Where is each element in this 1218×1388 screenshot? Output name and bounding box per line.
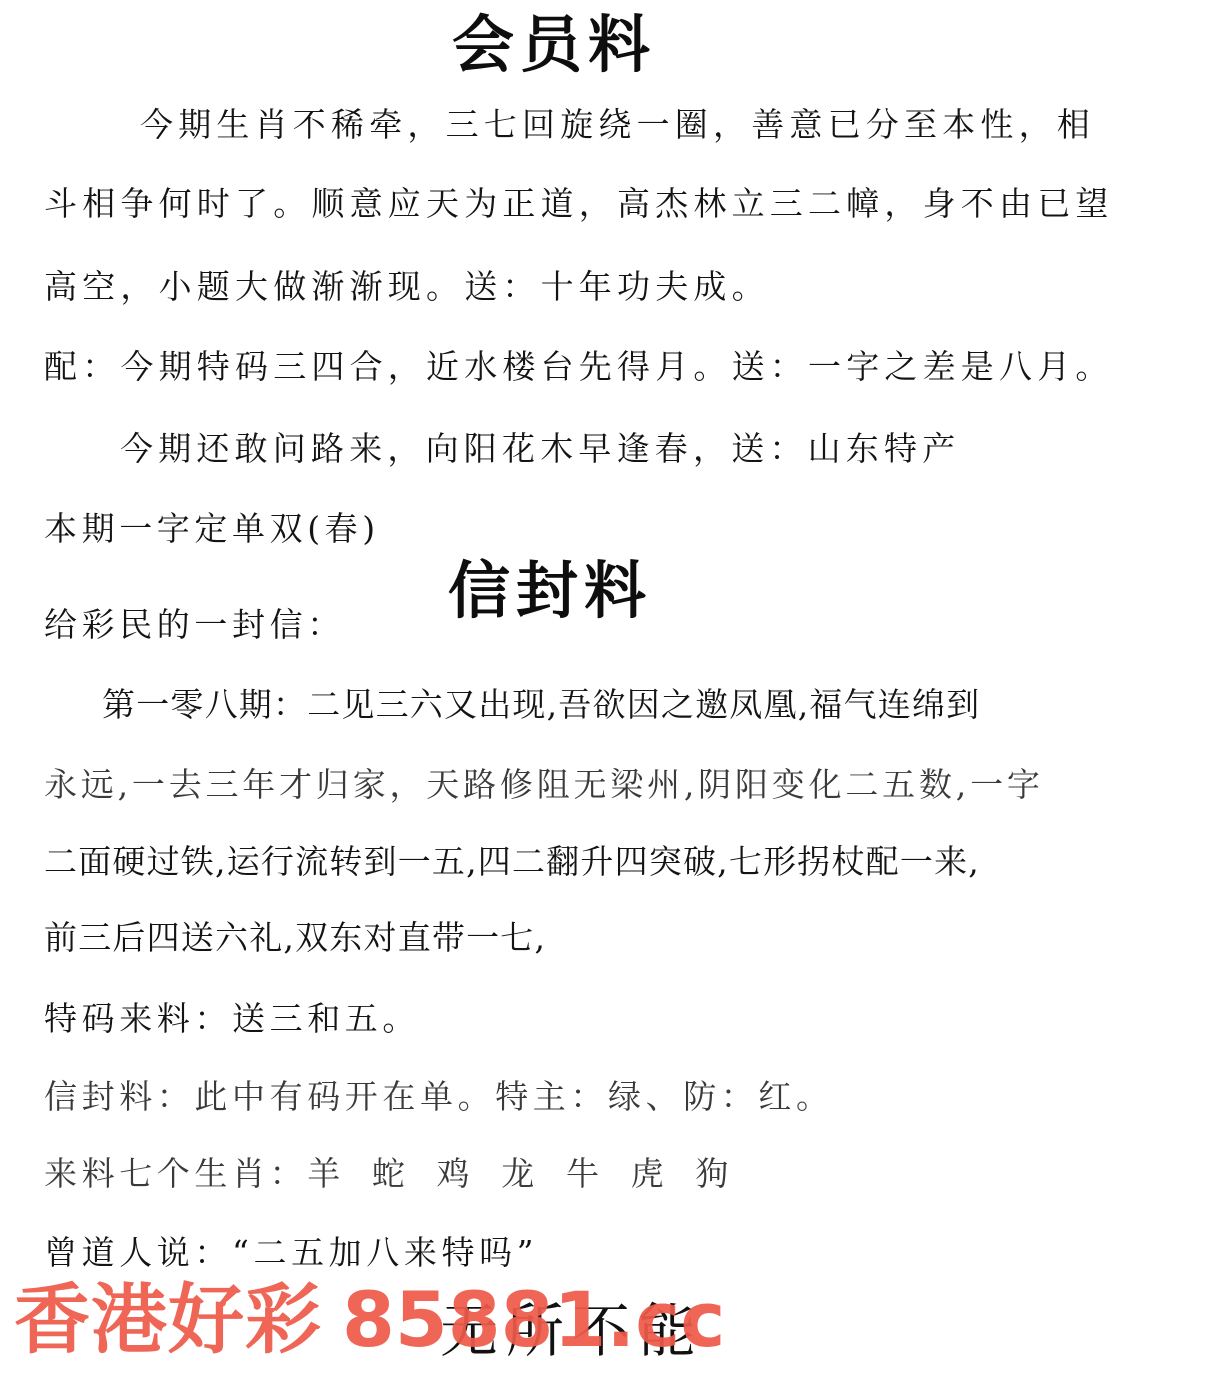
member-line-3: 高空，小题大做渐渐现。送：十年功夫成。: [44, 270, 770, 303]
envelope-letter-heading: 给彩民的一封信：: [44, 608, 345, 641]
envelope-section-title: 信封料: [448, 560, 652, 622]
envelope-line-5: 前三后四送六礼,双东对直带一七,: [44, 921, 546, 954]
envelope-line-4: 二面硬过铁,运行流转到一五,四二翻升四突破,七形拐杖配一来,: [44, 845, 980, 878]
quote-line: 曾道人说：“二五加八来特吗”: [44, 1236, 538, 1269]
watermark-domain: 85881.cc: [342, 1275, 725, 1364]
member-line-pairing: 配：今期特码三四合，近水楼台先得月。送：一字之差是八月。: [44, 350, 1114, 383]
member-line-odd-even: 本期一字定单双(春): [44, 512, 380, 545]
member-section-title: 会员料: [452, 14, 656, 76]
watermark-site-name: 香港好彩: [14, 1275, 322, 1364]
special-code-line: 特码来料：送三和五。: [44, 1002, 420, 1035]
member-line-5: 今期还敢问路来，向阳花木早逢春，送：山东特产: [120, 432, 960, 465]
envelope-line-issue: 第一零八期：二见三六又出现,吾欲因之邀凤凰,福气连绵到: [102, 688, 980, 721]
site-watermark: 香港好彩85881.cc: [14, 1282, 725, 1358]
envelope-hint-line: 信封料：此中有码开在单。特主：绿、防：红。: [44, 1080, 834, 1113]
document-page: 会员料 今期生肖不稀牵，三七回旋绕一圈，善意已分至本性，相 斗相争何时了。顺意应…: [0, 0, 1218, 1388]
member-line-1: 今期生肖不稀牵，三七回旋绕一圈，善意已分至本性，相: [140, 108, 1095, 141]
member-line-2: 斗相争何时了。顺意应天为正道，高杰林立三二幛，身不由已望: [44, 187, 1114, 220]
zodiac-list-line: 来料七个生肖：羊 蛇 鸡 龙 牛 虎 狗: [44, 1157, 733, 1190]
envelope-line-3: 永远,一去三年才归家，天路修阻无梁州,阴阳变化二五数,一字: [44, 768, 1044, 801]
